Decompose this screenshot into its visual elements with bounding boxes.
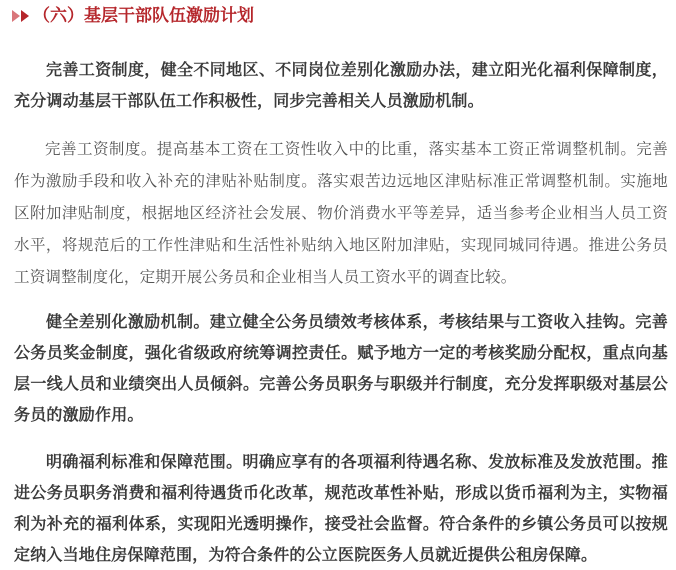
incentive-mechanism-paragraph: 健全差别化激励机制。建立健全公务员绩效考核体系，考核结果与工资收入挂钩。完善公务… [14, 306, 668, 430]
welfare-standards-paragraph: 明确福利标准和保障范围。明确应享有的各项福利待遇名称、发放标准及发放范围。推进公… [14, 446, 668, 562]
summary-paragraph: 完善工资制度，健全不同地区、不同岗位差别化激励办法，建立阳光化福利保障制度，充分… [14, 54, 668, 116]
double-triangle-bullet-icon [12, 10, 29, 22]
section-heading-text: （六）基层干部队伍激励计划 [33, 4, 254, 28]
section-heading: （六）基层干部队伍激励计划 [12, 4, 254, 28]
wage-system-paragraph: 完善工资制度。提高基本工资在工资性收入中的比重，落实基本工资正常调整机制。完善作… [14, 133, 668, 293]
